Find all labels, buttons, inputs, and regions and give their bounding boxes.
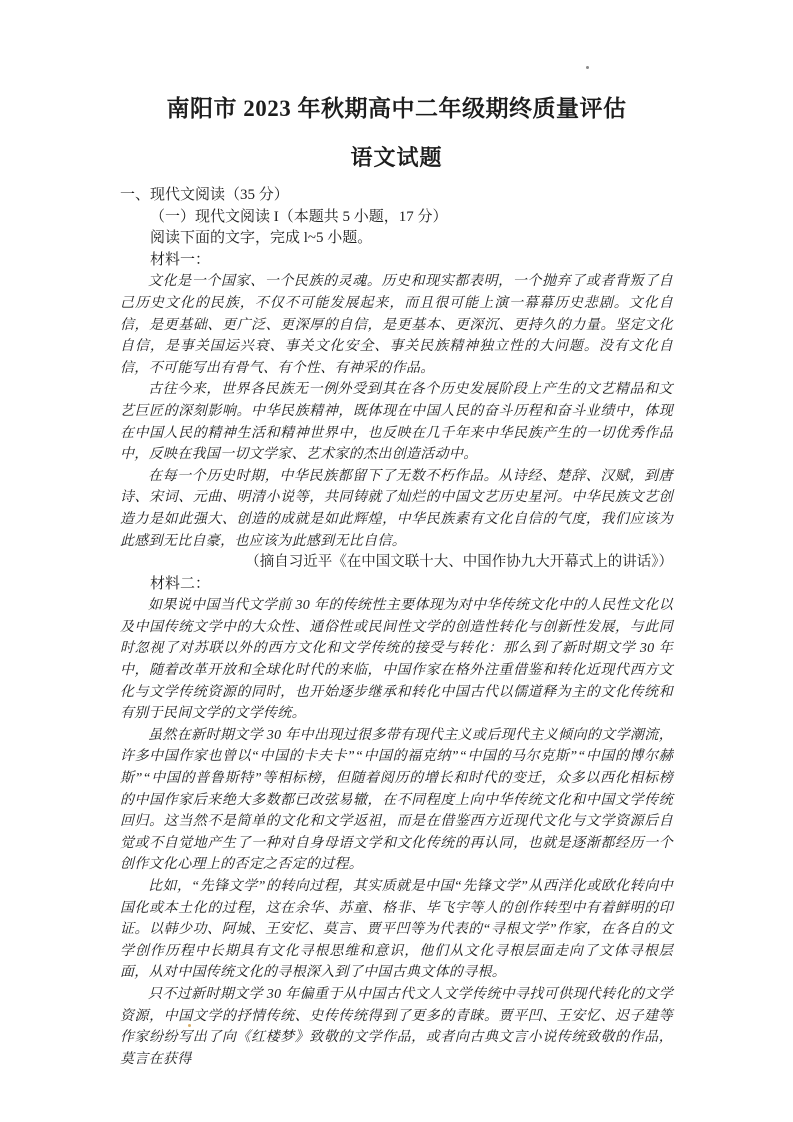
material1-attribution: （摘自习近平《在中国文联十大、中国作协九大开幕式上的讲话》）: [120, 552, 673, 574]
material1-paragraph-3: 在每一个历史时期，中华民族都留下了无数不朽作品。从诗经、楚辞、汉赋，到唐诗、宋词…: [120, 466, 673, 552]
exam-paper-page: 南阳市 2023 年秋期高中二年级期终质量评估 语文试题 一、现代文阅读（35 …: [0, 0, 793, 1122]
material2-paragraph-1: 如果说中国当代文学前 30 年的传统性主要体现为对中华传统文化中的人民性文化以及…: [120, 595, 673, 725]
page-content: 南阳市 2023 年秋期高中二年级期终质量评估 语文试题 一、现代文阅读（35 …: [120, 0, 673, 1070]
material1-label: 材料一：: [120, 250, 673, 272]
material1-paragraph-2: 古往今来，世界各民族无一例外受到其在各个历史发展阶段上产生的文艺精品和文艺巨匠的…: [120, 379, 673, 465]
material2-label: 材料二：: [120, 574, 673, 596]
page-subtitle: 语文试题: [120, 143, 673, 173]
material2-paragraph-2: 虽然在新时期文学 30 年中出现过很多带有现代主义或后现代主义倾向的文学潮流，许…: [120, 725, 673, 876]
material1-paragraph-1: 文化是一个国家、一个民族的灵魂。历史和现实都表明，一个抛弃了或者背叛了自己历史文…: [120, 271, 673, 379]
page-title: 南阳市 2023 年秋期高中二年级期终质量评估: [120, 94, 673, 124]
section-heading: 一、现代文阅读（35 分）: [120, 185, 673, 207]
reading-instruction: 阅读下面的文字，完成 l~5 小题。: [120, 228, 673, 250]
exam-body: 一、现代文阅读（35 分） （一）现代文阅读 I（本题共 5 小题，17 分） …: [120, 185, 673, 1070]
material2-paragraph-4: 只不过新时期文学 30 年偏重于从中国古代文人文学传统中寻找可供现代转化的文学资…: [120, 984, 673, 1070]
section-subheading: （一）现代文阅读 I（本题共 5 小题，17 分）: [120, 207, 673, 229]
material2-paragraph-3: 比如，“先锋文学”的转向过程，其实质就是中国“先锋文学”从西洋化或欧化转向中国化…: [120, 876, 673, 984]
